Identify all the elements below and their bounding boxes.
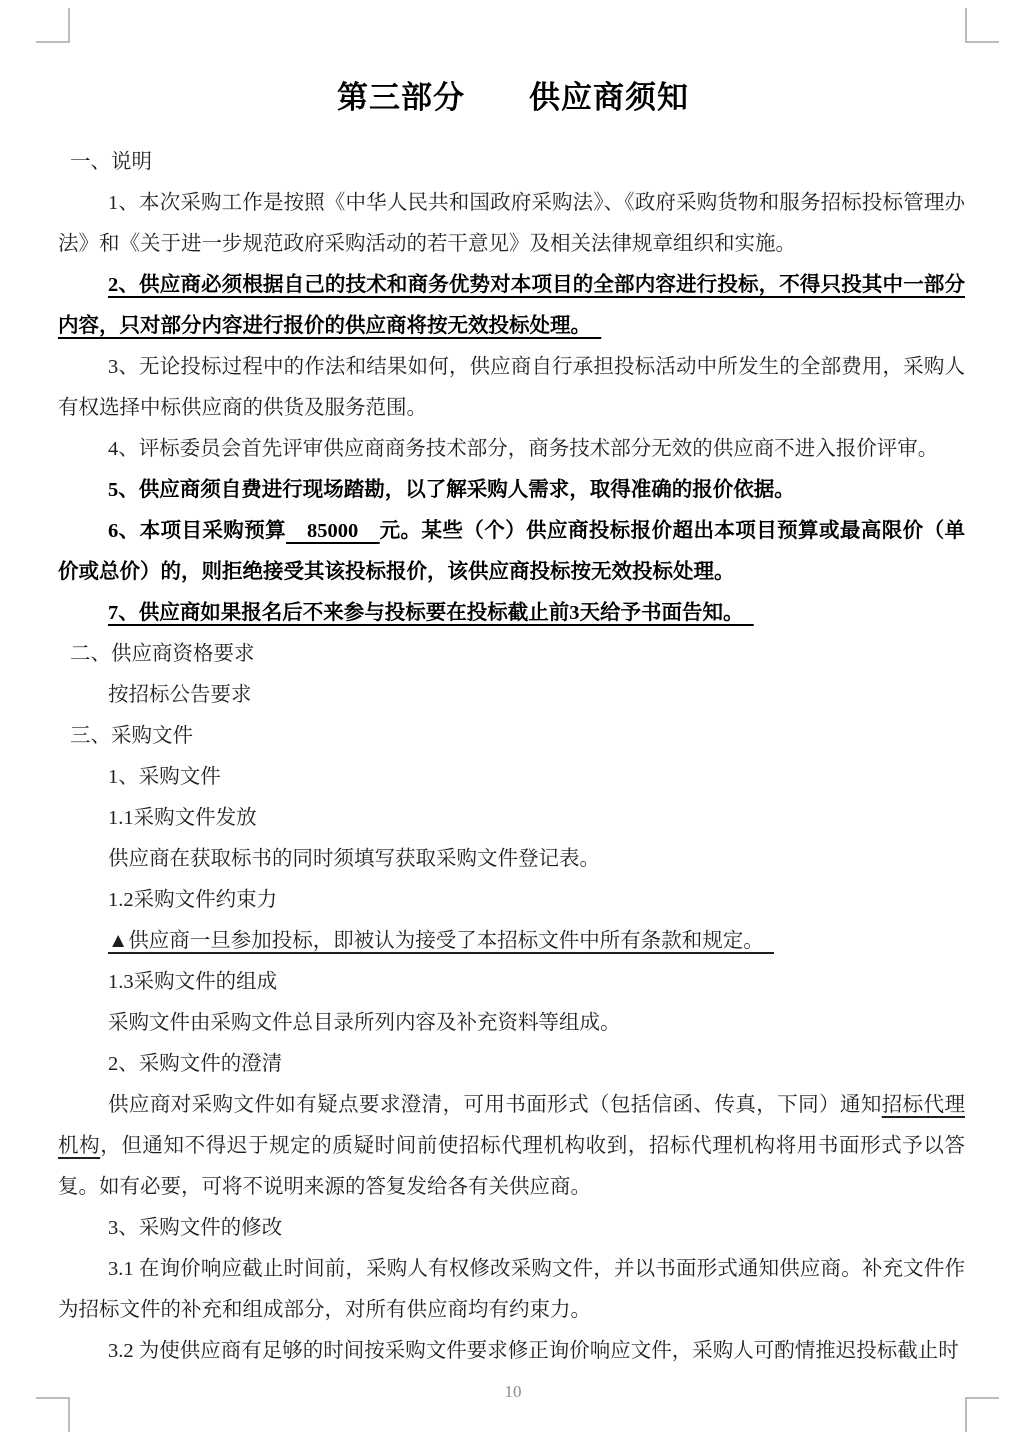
section-heading: 一、说明 [58, 142, 965, 183]
text-segment: ▲供应商一旦参加投标，即被认为接受了本招标文件中所有条款和规定。 [108, 930, 774, 952]
page-title: 第三部分 供应商须知 [0, 78, 1026, 118]
crop-mark-top-right [965, 8, 999, 43]
paragraph: 供应商对采购文件如有疑点要求澄清，可用书面形式（包括信函、传真，下同）通知招标代… [58, 1085, 965, 1208]
text-segment: 3、无论投标过程中的作法和结果如何，供应商自行承担投标活动中所发生的全部费用，采… [58, 356, 965, 419]
paragraph: 1、本次采购工作是按照《中华人民共和国政府采购法》、《政府采购货物和服务招标投标… [58, 183, 965, 265]
paragraph: 3.1 在询价响应截止时间前，采购人有权修改采购文件，并以书面形式通知供应商。补… [58, 1249, 965, 1331]
text-segment: 二、供应商资格要求 [70, 643, 255, 665]
document-body: 一、说明1、本次采购工作是按照《中华人民共和国政府采购法》、《政府采购货物和服务… [58, 142, 965, 1372]
text-segment: 2、采购文件的澄清 [108, 1053, 282, 1075]
paragraph: 采购文件由采购文件总目录所列内容及补充资料等组成。 [58, 1003, 965, 1044]
text-segment: 4、评标委员会首先评审供应商商务技术部分，商务技术部分无效的供应商不进入报价评审… [108, 438, 938, 460]
paragraph: 1.1采购文件发放 [58, 798, 965, 839]
text-segment: 采购文件由采购文件总目录所列内容及补充资料等组成。 [108, 1012, 621, 1034]
text-segment: 1、本次采购工作是按照《中华人民共和国政府采购法》、《政府采购货物和服务招标投标… [58, 192, 965, 255]
text-segment: 85000 [286, 520, 380, 542]
text-segment: 1、采购文件 [108, 766, 221, 788]
text-segment: 供应商在获取标书的同时须填写获取采购文件登记表。 [108, 848, 600, 870]
text-segment: 1.2采购文件约束力 [108, 889, 277, 911]
section-heading: 三、采购文件 [58, 716, 965, 757]
paragraph: 3、无论投标过程中的作法和结果如何，供应商自行承担投标活动中所发生的全部费用，采… [58, 347, 965, 429]
text-segment: 三、采购文件 [70, 725, 193, 747]
text-segment: 3、采购文件的修改 [108, 1217, 282, 1239]
paragraph: 供应商在获取标书的同时须填写获取采购文件登记表。 [58, 839, 965, 880]
text-segment: 3.1 在询价响应截止时间前，采购人有权修改采购文件，并以书面形式通知供应商。补… [58, 1258, 965, 1321]
paragraph: 按招标公告要求 [58, 675, 965, 716]
paragraph: 1.3采购文件的组成 [58, 962, 965, 1003]
text-segment: 6、本项目采购预算 [108, 520, 286, 542]
text-segment: 按招标公告要求 [108, 684, 252, 706]
paragraph: 2、供应商必须根据自己的技术和商务优势对本项目的全部内容进行投标，不得只投其中一… [58, 265, 965, 347]
text-segment: 1.3采购文件的组成 [108, 971, 277, 993]
text-segment: 一、说明 [70, 151, 152, 173]
paragraph: 2、采购文件的澄清 [58, 1044, 965, 1085]
page-number: 10 [0, 1381, 1026, 1403]
paragraph: 3.2 为使供应商有足够的时间按采购文件要求修正询价响应文件，采购人可酌情推迟投… [58, 1331, 965, 1372]
paragraph: 7、供应商如果报名后不来参与投标要在投标截止前3天给予书面告知。 [58, 593, 965, 634]
text-segment: 5、供应商须自费进行现场踏勘，以了解采购人需求，取得准确的报价依据。 [108, 479, 795, 501]
text-segment: 1.1采购文件发放 [108, 807, 257, 829]
text-segment: ，但通知不得迟于规定的质疑时间前使招标代理机构收到，招标代理机构将用书面形式予以… [58, 1135, 965, 1198]
paragraph: 3、采购文件的修改 [58, 1208, 965, 1249]
paragraph: 1.2采购文件约束力 [58, 880, 965, 921]
paragraph: 6、本项目采购预算 85000 元。某些（个）供应商投标报价超出本项目预算或最高… [58, 511, 965, 593]
section-heading: 二、供应商资格要求 [58, 634, 965, 675]
document-page: 第三部分 供应商须知 一、说明1、本次采购工作是按照《中华人民共和国政府采购法》… [0, 0, 1026, 1450]
paragraph: 1、采购文件 [58, 757, 965, 798]
paragraph: 4、评标委员会首先评审供应商商务技术部分，商务技术部分无效的供应商不进入报价评审… [58, 429, 965, 470]
paragraph: 5、供应商须自费进行现场踏勘，以了解采购人需求，取得准确的报价依据。 [58, 470, 965, 511]
text-segment: 2、供应商必须根据自己的技术和商务优势对本项目的全部内容进行投标，不得只投其中一… [58, 274, 965, 337]
crop-mark-top-left [36, 8, 70, 43]
text-segment: 供应商对采购文件如有疑点要求澄清，可用书面形式（包括信函、传真，下同）通知 [108, 1094, 882, 1116]
text-segment: 7、供应商如果报名后不来参与投标要在投标截止前3天给予书面告知。 [108, 602, 754, 624]
paragraph: ▲供应商一旦参加投标，即被认为接受了本招标文件中所有条款和规定。 [58, 921, 965, 962]
text-segment: 3.2 为使供应商有足够的时间按采购文件要求修正询价响应文件，采购人可酌情推迟投… [108, 1340, 959, 1362]
